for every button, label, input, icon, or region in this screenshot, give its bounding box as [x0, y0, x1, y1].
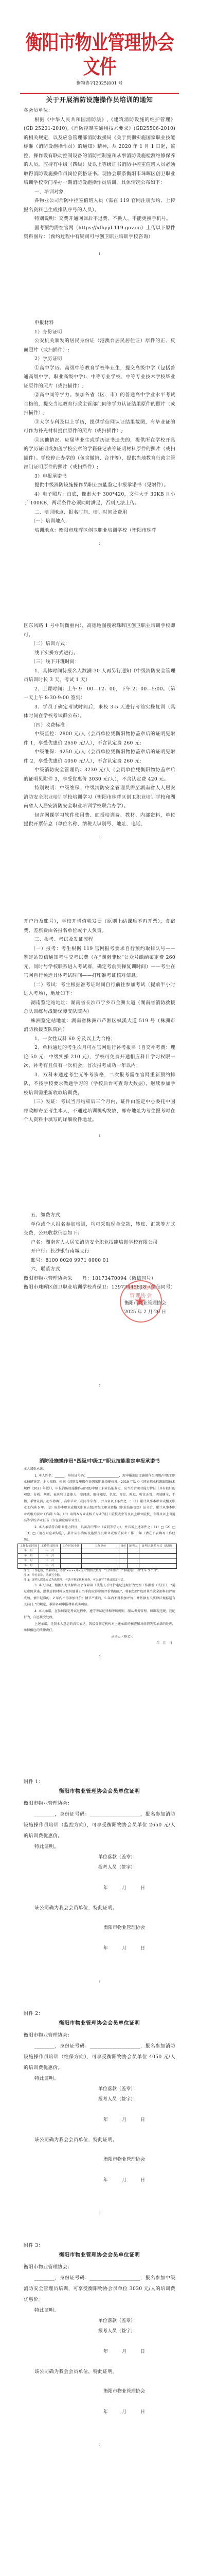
cell[interactable]: [128, 1549, 139, 1554]
attachment-body: ________，身份证号码：____________________，报名参加…: [24, 2273, 175, 2305]
account-bank: 开户行：长沙银行南城支行: [24, 1247, 175, 1256]
table-row: 年 月 年 月: [18, 1558, 177, 1564]
attachment-addressee: 衡阳市物业管理协会：: [24, 1798, 175, 1809]
membership-confirmation: 该公司确为我会会员单位，特此证明。: [24, 2367, 175, 2377]
attachment-title: 衡阳市物业管理协会会员单位证明: [24, 1787, 175, 1797]
attachment-addressee: 衡阳市物业管理协会：: [24, 2030, 175, 2041]
unit-seal-label: 单位落款（盖章）：: [98, 2316, 175, 2326]
material-2-heading: 2）学历证明: [24, 354, 175, 364]
attachment-label: 附件 1：: [24, 1777, 175, 1787]
col-end: 工作结束时间: [39, 1544, 60, 1549]
date-line: 年 月 日: [103, 1943, 175, 1954]
material-3-body: 提供中级消防设施操作员职业技能鉴定申报承诺书（见附件）。: [24, 481, 175, 490]
signature-block: 单位落款（盖章）： 报考人员（签字）： 年 月 日: [98, 1852, 175, 1893]
payment-methods: 单位或个人报名参加培训，均可采取现金交款，转账、汇款等方式交费，公账收款信息如下…: [24, 1220, 175, 1238]
section-2-2-body: 线下实操方式进行。: [24, 649, 175, 658]
pledge-item-4: 4. 本人承诺，在参加鉴定考试过程中，遵守考试纪律和考场规则，服从考务管理。如出…: [24, 1608, 175, 1621]
association-name: 衡阳市物业管理协会: [103, 2155, 175, 2165]
section-5-heading: 五、缴费方式: [24, 1211, 175, 1220]
page-3: 区东风路 1 号中钢衡重内），高德地图搜索珠晖区创卫职业培训学校即可。 （二）培…: [0, 603, 199, 850]
fee-special-note: 特别说明：中级维保、中级消防安全管理员需至湖南省人人居安消防安全职业培训学校培训…: [24, 784, 175, 811]
date-line: 年 月 日: [103, 2175, 175, 2185]
exam-rule-1: 1、一次性双科 60 分及以上为合格；: [24, 1035, 175, 1044]
account-number: 账号：8100 0020 9971 0000 01: [24, 1256, 175, 1265]
page-number: 5: [24, 1384, 175, 1389]
cell[interactable]: 年 月: [18, 1558, 39, 1564]
page-1: 衡阳市物业管理协会文件 衡物协字[2025]001 号 关于开展消防设施操作员培…: [0, 0, 199, 304]
pledge-intro: 本人郑重承诺：: [24, 1466, 175, 1473]
unit-seal-label: 单位落款（盖章）：: [98, 2084, 175, 2094]
section-6-heading: 六、联系方式: [24, 1265, 175, 1274]
applicant-signature-label: 报考人员（签字）：: [98, 2326, 175, 2336]
section-2-1-body: 培训地点：衡阳市珠晖区创卫职业培训学校（衡阳市珠晖: [24, 526, 175, 535]
fee-includes-cont: 开户行及账号），学校开增值税发票（原则上结课后不再开票），食宿费、差旅费由各报名…: [24, 917, 175, 935]
pledge-item-2: 2. 本人承诺符合职业能力特征，具备高中毕业（或同等学力），并具备上述条件之：（…: [24, 1524, 175, 1544]
col-witness: 证明人: [128, 1544, 139, 1549]
schedule-item-1: 1、具体时间待报名人数满 30 人再另行通知（中级消防安全管理员培训时长 3 天…: [24, 667, 175, 685]
signature-block: 单位落款（盖章）： 报考人员（签字）： 年 月 日: [98, 2084, 175, 2125]
cell[interactable]: 年 月: [18, 1564, 39, 1569]
exam-rule-2: 2、单科通过的考生次月可在官网进行补考报名（自交补考费：理论 50 元、中级实操…: [24, 1043, 175, 1071]
official-seal: 衡阳市物业管理协会 ★: [120, 1280, 162, 1323]
note-2: 注 2：单位名称，请填写全称。: [24, 1573, 175, 1578]
attachment-addressee: 衡阳市物业管理协会：: [24, 2262, 175, 2273]
page-number: 1: [24, 252, 175, 257]
attachment-label: 附件 3：: [24, 2241, 175, 2250]
exam-info: （二）考试：考生根据准考证时间自行前往参加考试（提前半小时进入考场），地址如下：: [24, 980, 175, 998]
applicant-signature-label: 报考人员（签字）：: [98, 1862, 175, 1873]
attachment-body: ________，身份证号码：____________________，报名参加…: [24, 1809, 175, 1841]
cell[interactable]: [139, 1554, 176, 1559]
cell[interactable]: [60, 1554, 81, 1559]
work-history-table: 工作起始时间 工作结束时间 工作时间小计 工作单位 岗位 证明人 证明人联系方式…: [17, 1544, 177, 1569]
page-2: 申报材料 1）身份证明 公安机关颁发的居民身份证（港澳台居民居住证）原件的正、反…: [0, 304, 199, 603]
fee-includes: 包含网课学习软件使用费、面授培训费、教材、内部资料，单位提供开票信息（单位名称、…: [24, 811, 175, 829]
red-divider: [20, 93, 179, 94]
fee-monitor: 中级监控：2800 元/人（会员单位凭衡阳物协盖章后的证明见附件 1，享受优惠价…: [24, 730, 175, 748]
cell[interactable]: [119, 1564, 128, 1569]
cell[interactable]: [119, 1549, 128, 1554]
page-number: 4: [24, 1134, 175, 1139]
pledge-item-3: 3. 本人知晓，根据人力资源和社会保障部《技能人才评价违纪违规行为处理工作指引（…: [24, 1583, 175, 1608]
salutation: 各会员单位：: [24, 106, 175, 115]
cell[interactable]: [60, 1549, 81, 1554]
section-2-4-heading: （四）收费标准：: [24, 721, 175, 730]
cell[interactable]: 年 月: [18, 1549, 39, 1554]
cell[interactable]: 年 月: [18, 1554, 39, 1559]
cell[interactable]: [82, 1564, 119, 1569]
material-4-body: 4）电子照片：白底，像素大于 300*420，文件大于 30KB 且小于 100…: [24, 490, 175, 508]
website-note: 国考预约需在官网（https://xfhyjd.119.gov.cn）上传以下原…: [24, 224, 175, 242]
page-number: 3: [24, 835, 175, 840]
page-number: 2: [24, 542, 175, 547]
page-number: 6: [24, 1654, 175, 1659]
table-row: 年 月 年 月: [18, 1564, 177, 1569]
section-2-1-body-cont: 区东风路 1 号中钢衡重内），高德地图搜索珠晖区创卫职业培训学校即可。: [24, 621, 175, 639]
cell[interactable]: [82, 1558, 119, 1564]
date-line: 年 月 日: [98, 2115, 175, 2125]
cell[interactable]: [119, 1558, 128, 1564]
membership-confirmation: 该公司确为我会会员单位，特此证明。: [24, 1904, 175, 1913]
schedule-item-3: 3、学员于确定考试时间后，来校 3-5 天进行考前实操复训（具体时间在学校考试群…: [24, 703, 175, 721]
cell[interactable]: [128, 1554, 139, 1559]
table-row: 年 月 年 月: [18, 1549, 177, 1554]
page-6-pledge-form: 消防设施操作员“四级/中级工”职业技能鉴定申报承诺书 本人郑重承诺： 1. 本人…: [0, 1432, 199, 1762]
fee-maintenance: 中级维保：4250 元/人（会员单位凭衡阳物协盖章后的证明见附件 2，享受优惠价…: [24, 748, 175, 766]
cell[interactable]: [82, 1554, 119, 1559]
attachment-title: 衡阳市物业管理协会会员单位证明: [24, 2019, 175, 2029]
membership-confirmation: 该公司确为我会会员单位，特此证明。: [24, 2136, 175, 2145]
registration-flow: （一）报考：考生根据 119 官网报考要求自行预约取排队号——鉴定站短信通知考生…: [24, 944, 175, 980]
note-3: 注 3：证明人联系方式为选填项，有助于鉴定机构核查，可以填写手机或固定电话。: [24, 1578, 175, 1583]
section-2-3-heading: （三）线下开班时间：: [24, 657, 175, 667]
attachment-label: 附件 2：: [24, 2009, 175, 2019]
fee-safety-manager: 中级消防安全管理员：3230 元/人（会员单位凭衡阳物协盖章后的证明见附件 3，…: [24, 766, 175, 784]
attachment-2: 附件 2： 衡阳市物业管理协会会员单位证明 衡阳市物业管理协会： _______…: [0, 1989, 199, 2221]
col-subtotal: 工作时间小计: [60, 1544, 81, 1549]
schedule-item-2: 2、上课时间：上午 9：00—12：00，下午 2：00—5:00。（第一天上午…: [24, 685, 175, 703]
document-number: 衡物协字[2025]001 号: [24, 80, 175, 87]
section-2-heading: 二、培训地点、报名时间、培训时间及费用: [24, 508, 175, 517]
cell[interactable]: [60, 1558, 81, 1564]
unit-seal-label: 单位落款（盖章）：: [98, 1852, 175, 1862]
date-line: 年 月 日: [103, 2407, 175, 2417]
star-icon: ★: [134, 1293, 147, 1310]
cell[interactable]: [119, 1554, 128, 1559]
cell[interactable]: [139, 1564, 176, 1569]
date-line: 年 月 日: [98, 1883, 175, 1893]
material-1-body: 公安机关颁发的居民身份证（港澳台居民居住证）原件的正、反面照片（或扫描件）;: [24, 336, 175, 354]
page-number: 8: [24, 2211, 175, 2216]
cell[interactable]: [128, 1564, 139, 1569]
page-number: 9: [24, 2443, 175, 2448]
applicant-signature-label: 报考人员（签字）：: [98, 2094, 175, 2105]
page-5: 五、缴费方式 单位或个人报名参加培训，均可采取现金交款，转账、汇款等方式交费，公…: [0, 1185, 199, 1432]
cell[interactable]: [139, 1549, 176, 1554]
cell[interactable]: [60, 1564, 81, 1569]
signature-block: 单位落款（盖章）： 报考人员（签字）： 年 月 日: [98, 2316, 175, 2357]
attachment-1: 附件 1： 衡阳市物业管理协会会员单位证明 衡阳市物业管理协会： _______…: [0, 1762, 199, 1989]
material-2-c: ③大学专科及以上学历，提供学信网认证结果截图，有毕业证的可作为补充材料提供原件的…: [24, 418, 175, 436]
signer-label: 承诺人（签名）：: [111, 1634, 175, 1641]
page-number: 7: [24, 1979, 175, 1985]
material-1-heading: 1）身份证明: [24, 328, 175, 337]
material-2-a: ①高中学历。高级中等教育学校毕业生，提交高级中学（包括普通高级中学、职业高级中学…: [24, 364, 175, 391]
pledge-date: 年 月 日: [24, 1640, 175, 1647]
materials-heading: 申报材料: [24, 318, 175, 328]
exam-rule-3: 3、双科未通过考生无补考资格，二次报考需在官网重新预约排队，不按学校要求做题学习…: [24, 1071, 175, 1098]
date-line: 年 月 日: [98, 2347, 175, 2357]
cell[interactable]: [139, 1558, 176, 1564]
attachment-body: ________，身份证号码：____________________，报名参加…: [24, 2041, 175, 2073]
attachment-3: 附件 3： 衡阳市物业管理协会会员单位证明 衡阳市物业管理协会： _______…: [0, 2221, 199, 2452]
note-1: 注 1：工作起始、结束时间，请按“××××年××月”的格式填写：“工作时间小计”…: [24, 1569, 175, 1573]
attachment-certify: 特此证明。: [24, 1841, 175, 1852]
special-note: 特别说明：交费开通网课后不退费、不换人、不能更换手机号。: [24, 214, 175, 224]
col-employer: 工作单位: [82, 1544, 119, 1549]
cell[interactable]: [82, 1549, 119, 1554]
attachment-certify: 特此证明。: [24, 2073, 175, 2084]
intro-paragraph: 根据《中华人民共和国消防法》,《建筑消防设施的维护管理》(GB 25201-20…: [24, 115, 175, 188]
association-sign-block: 衡阳市物业管理协会 年 月 日: [98, 1923, 175, 1954]
account-name: 户名：湖南省人人居安消防安全职业技能培训学校有限公司: [24, 1238, 175, 1247]
cell[interactable]: 年 月: [39, 1549, 60, 1554]
pledge-item-1: 1. 本人姓名：______，身份证号码：___________________…: [24, 1473, 175, 1524]
association-name: 衡阳市物业管理协会: [103, 2386, 175, 2397]
table-header-row: 工作起始时间 工作结束时间 工作时间小计 工作单位 岗位 证明人 证明人联系方式…: [18, 1544, 177, 1549]
col-position: 岗位: [119, 1544, 128, 1549]
material-2-b: ②高中同等学力。参加各省（区、市）的普通高中学业水平考试合格的，提交当地教育行政…: [24, 391, 175, 418]
hunan-station-address: 湖南鉴定站地址：湖南省长沙市宁乡市金洲大道（湖南省消防救援总队训练与战勤保障支队…: [24, 998, 175, 1016]
pledge-item-5: 上述承诺，是我本人意思的真实表达，我接受鉴定机构对上述承诺的核查和对虚假失实承诺…: [24, 1621, 175, 1634]
contact-association: 衡阳市物业管理协会朱 丹：18173470094（微信同号）: [24, 1274, 175, 1283]
cell[interactable]: 年 月: [39, 1564, 60, 1569]
cell[interactable]: 年 月: [39, 1558, 60, 1564]
org-red-header: 衡阳市物业管理协会文件: [24, 0, 175, 80]
page-4: 开户行及账号），学校开增值税发票（原则上结课后不再开票），食宿费、差旅费由各报名…: [0, 850, 199, 1185]
association-sign-block: 衡阳市物业管理协会 年 月 日: [98, 2155, 175, 2185]
section-1-heading: 一、培训对象: [24, 188, 175, 197]
notice-title: 关于开展消防设施操作员培训的通知: [24, 95, 175, 105]
attachment-title: 衡阳市物业管理协会会员单位证明: [24, 2250, 175, 2261]
certificate-issuance: （三）发证：考试当月结束后三个月内，证件由鉴定中心委托中国邮政邮寄至考生本人，不…: [24, 1097, 175, 1125]
cell[interactable]: [128, 1558, 139, 1564]
section-2-2-heading: （二）培训方式：: [24, 639, 175, 649]
attachment-certify: 特此证明。: [24, 2305, 175, 2316]
cell[interactable]: 年 月: [39, 1554, 60, 1559]
association-name: 衡阳市物业管理协会: [103, 1923, 175, 1933]
material-2-d: ④其他情况。应届毕业生或学历证书遗失的，提供所在学校开具的学历证明或加盖学校公章…: [24, 436, 175, 472]
material-3-heading: 3）申报承诺书: [24, 472, 175, 481]
col-start: 工作起始时间: [18, 1544, 39, 1549]
section-3-heading: 三、报考、考试及发证流程: [24, 935, 175, 944]
section-2-1-heading: （一）培训地点：: [24, 517, 175, 526]
table-row: 年 月 年 月: [18, 1554, 177, 1559]
section-1-body: 各物业公司消防中控室值班人员（需在 119 官网注册预约、上传报名资料已生成排队…: [24, 196, 175, 214]
zhuzhou-station-address: 株洲鉴定站地址：湖南省株洲市芦淞区枫溪大道 519 号（株洲市消防救援支队院内）: [24, 1016, 175, 1035]
association-sign-block: 衡阳市物业管理协会 年 月 日: [98, 2386, 175, 2417]
pledge-title: 消防设施操作员“四级/中级工”职业技能鉴定申报承诺书: [24, 1458, 175, 1465]
col-witness-contact: 证明人联系方式（选填）: [139, 1544, 176, 1549]
